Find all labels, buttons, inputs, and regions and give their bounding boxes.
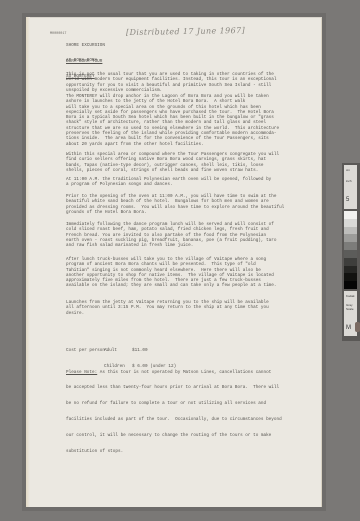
paragraph: This is not the usual tour that you are … <box>66 72 316 93</box>
text-line: grounds of the Hotel Bora Bora. <box>66 210 316 215</box>
note-line: As this tour is not operated by Matson L… <box>97 370 271 375</box>
header-line-1: SHORE EXCURSION <box>66 43 105 48</box>
text-line: available on the island; they are small … <box>66 283 316 288</box>
gray-step <box>344 242 357 250</box>
note-line: facilities included as part of the tour.… <box>66 417 316 422</box>
section-title: BORA BORA TOUR <box>66 59 102 64</box>
gray-step <box>344 227 357 235</box>
paragraph: Launches from the jetty at Vaitape retur… <box>66 300 316 316</box>
reference-number: M0000017 <box>50 32 66 37</box>
note-paragraph: Please Note: As this tour is not operate… <box>66 359 316 465</box>
cost-label: Cost per person: <box>66 348 104 354</box>
scale-label: 5 <box>346 197 349 203</box>
paragraph: Prior to the opening of the oven at 11:0… <box>66 194 316 215</box>
gray-step <box>344 219 357 227</box>
card-marker <box>355 322 360 332</box>
gray-step <box>344 211 357 219</box>
gray-step <box>344 258 357 266</box>
text-line: and raw fish salad marinated in fresh li… <box>66 243 316 248</box>
scale-label: M <box>346 325 351 331</box>
scale-label: cm <box>346 168 350 172</box>
scale-label: Kodak <box>346 294 355 298</box>
note-line: our control, it will be necessary to cha… <box>66 433 316 438</box>
note-line: substitution of stops. <box>66 449 316 454</box>
paragraph: The MONTEREY will drop anchor in the Lag… <box>66 94 316 147</box>
paragraph: After lunch truck-busses will take you t… <box>66 257 316 289</box>
text-line: a program of Polynesian songs and dances… <box>66 182 316 187</box>
gray-step <box>344 234 357 242</box>
gray-step <box>344 250 357 258</box>
ruler-scale-top: cm inch 5 <box>344 165 357 209</box>
gray-step <box>344 273 357 281</box>
text-line: unspoiled by excessive commercialism. <box>66 88 316 93</box>
paragraph: At 11:00 A.M. the traditional Polynesian… <box>66 177 316 188</box>
text-line: about 20 yards apart from the other hote… <box>66 142 316 147</box>
note-heading: Please Note: <box>66 370 97 375</box>
scale-label: Gray Scale <box>346 303 357 311</box>
handwritten-annotation: [Distributed 17 June 1967] <box>126 26 245 37</box>
scale-label: inch <box>346 179 352 183</box>
paragraph: Within this special area or compound whe… <box>66 152 316 173</box>
note-line: be accepted less than twenty-four hours … <box>66 385 316 390</box>
cost-price: $11.00 <box>132 348 148 354</box>
cost-type: Adult <box>104 348 132 354</box>
gray-step <box>344 281 357 289</box>
text-line: shells, pieces of coral, strings of shel… <box>66 168 316 173</box>
paragraph: Immediately following the dance program … <box>66 222 316 248</box>
cost-row-adult: Cost per person: Adult $11.00 <box>66 348 176 354</box>
text-line: desire. <box>66 311 316 316</box>
gray-step <box>344 266 357 274</box>
document-page: M0000017 SHORE EXCURSION AT BORA BORA SS… <box>26 17 322 507</box>
note-line: be no refund for failure to complete a t… <box>66 401 316 406</box>
gray-scale-steps <box>344 211 357 289</box>
